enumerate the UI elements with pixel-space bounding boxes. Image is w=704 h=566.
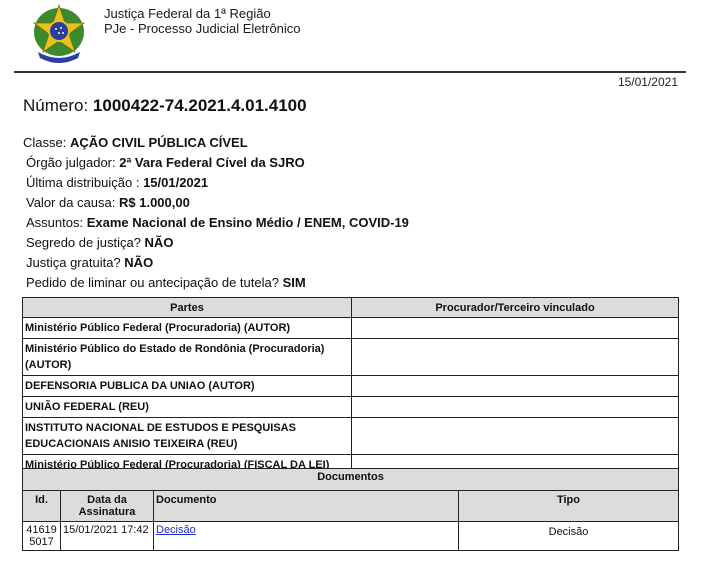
table-row: 41619 5017 15/01/2021 17:42 Decisão Deci… (23, 522, 679, 551)
field-justica-gratuita: Justiça gratuita? NÃO (23, 253, 409, 273)
document-date: 15/01/2021 (618, 75, 678, 89)
table-row: Ministério Público Federal (Procuradoria… (23, 318, 679, 339)
field-classe: Classe: AÇÃO CIVIL PÚBLICA CÍVEL (23, 133, 409, 153)
org-name: Justiça Federal da 1ª Região PJe - Proce… (104, 6, 301, 36)
procurador-cell (352, 418, 679, 455)
process-fields: Classe: AÇÃO CIVIL PÚBLICA CÍVEL Órgão j… (23, 133, 409, 293)
document-cell: Decisão (154, 522, 459, 551)
field-label: Assuntos: (26, 215, 83, 230)
field-value: Exame Nacional de Ensino Médio / ENEM, C… (87, 215, 409, 230)
parte-cell: UNIÃO FEDERAL (REU) (23, 397, 352, 418)
parte-cell: DEFENSORIA PUBLICA DA UNIAO (AUTOR) (23, 376, 352, 397)
documentos-caption: Documentos (23, 469, 679, 491)
table-row: UNIÃO FEDERAL (REU) (23, 397, 679, 418)
process-number-value: 1000422-74.2021.4.01.4100 (93, 96, 307, 115)
column-header-tipo: Tipo (459, 491, 679, 522)
field-value: NÃO (124, 255, 153, 270)
document-date: 15/01/2021 17:42 (61, 522, 154, 551)
documentos-table: Documentos Id. Data da Assinatura Docume… (22, 468, 679, 551)
document-link[interactable]: Decisão (156, 524, 196, 536)
document-header: Justiça Federal da 1ª Região PJe - Proce… (0, 0, 704, 72)
field-pedido-liminar: Pedido de liminar ou antecipação de tute… (23, 273, 409, 293)
field-label: Classe: (23, 135, 66, 150)
field-value: 2ª Vara Federal Cível da SJRO (119, 155, 304, 170)
procurador-cell (352, 397, 679, 418)
procurador-cell (352, 339, 679, 376)
partes-header-row: Partes Procurador/Terceiro vinculado (23, 298, 679, 318)
column-header-procurador: Procurador/Terceiro vinculado (352, 298, 679, 318)
table-row: Ministério Público do Estado de Rondônia… (23, 339, 679, 376)
field-label: Segredo de justiça? (26, 235, 141, 250)
field-label: Pedido de liminar ou antecipação de tute… (26, 275, 279, 290)
column-header-documento: Documento (154, 491, 459, 522)
parte-cell: Ministério Público do Estado de Rondônia… (23, 339, 352, 376)
field-value: NÃO (145, 235, 174, 250)
field-value: AÇÃO CIVIL PÚBLICA CÍVEL (70, 135, 248, 150)
field-label: Valor da causa: (26, 195, 115, 210)
header-divider (14, 71, 686, 73)
column-header-id: Id. (23, 491, 61, 522)
procurador-cell (352, 376, 679, 397)
field-label: Última distribuição : (26, 175, 139, 190)
parte-cell: Ministério Público Federal (Procuradoria… (23, 318, 352, 339)
field-assuntos: Assuntos: Exame Nacional de Ensino Médio… (23, 213, 409, 233)
field-orgao-julgador: Órgão julgador: 2ª Vara Federal Cível da… (23, 153, 409, 173)
table-row: INSTITUTO NACIONAL DE ESTUDOS E PESQUISA… (23, 418, 679, 455)
parte-cell: INSTITUTO NACIONAL DE ESTUDOS E PESQUISA… (23, 418, 352, 455)
field-value: R$ 1.000,00 (119, 195, 190, 210)
process-number-label: Número: (23, 96, 88, 115)
field-valor-causa: Valor da causa: R$ 1.000,00 (23, 193, 409, 213)
partes-table: Partes Procurador/Terceiro vinculado Min… (22, 297, 679, 476)
field-value: 15/01/2021 (143, 175, 208, 190)
field-segredo-justica: Segredo de justiça? NÃO (23, 233, 409, 253)
field-ultima-distribuicao: Última distribuição : 15/01/2021 (23, 173, 409, 193)
process-number: Número: 1000422-74.2021.4.01.4100 (23, 96, 307, 116)
field-label: Justiça gratuita? (26, 255, 121, 270)
brasao-republica-icon (30, 2, 88, 66)
org-line-2: PJe - Processo Judicial Eletrônico (104, 21, 301, 36)
document-id: 41619 5017 (23, 522, 61, 551)
column-header-partes: Partes (23, 298, 352, 318)
procurador-cell (352, 318, 679, 339)
document-type: Decisão (459, 522, 679, 551)
field-label: Órgão julgador: (26, 155, 116, 170)
org-line-1: Justiça Federal da 1ª Região (104, 6, 301, 21)
documentos-header-row: Id. Data da Assinatura Documento Tipo (23, 491, 679, 522)
table-row: DEFENSORIA PUBLICA DA UNIAO (AUTOR) (23, 376, 679, 397)
column-header-data-assinatura: Data da Assinatura (61, 491, 154, 522)
field-value: SIM (283, 275, 306, 290)
